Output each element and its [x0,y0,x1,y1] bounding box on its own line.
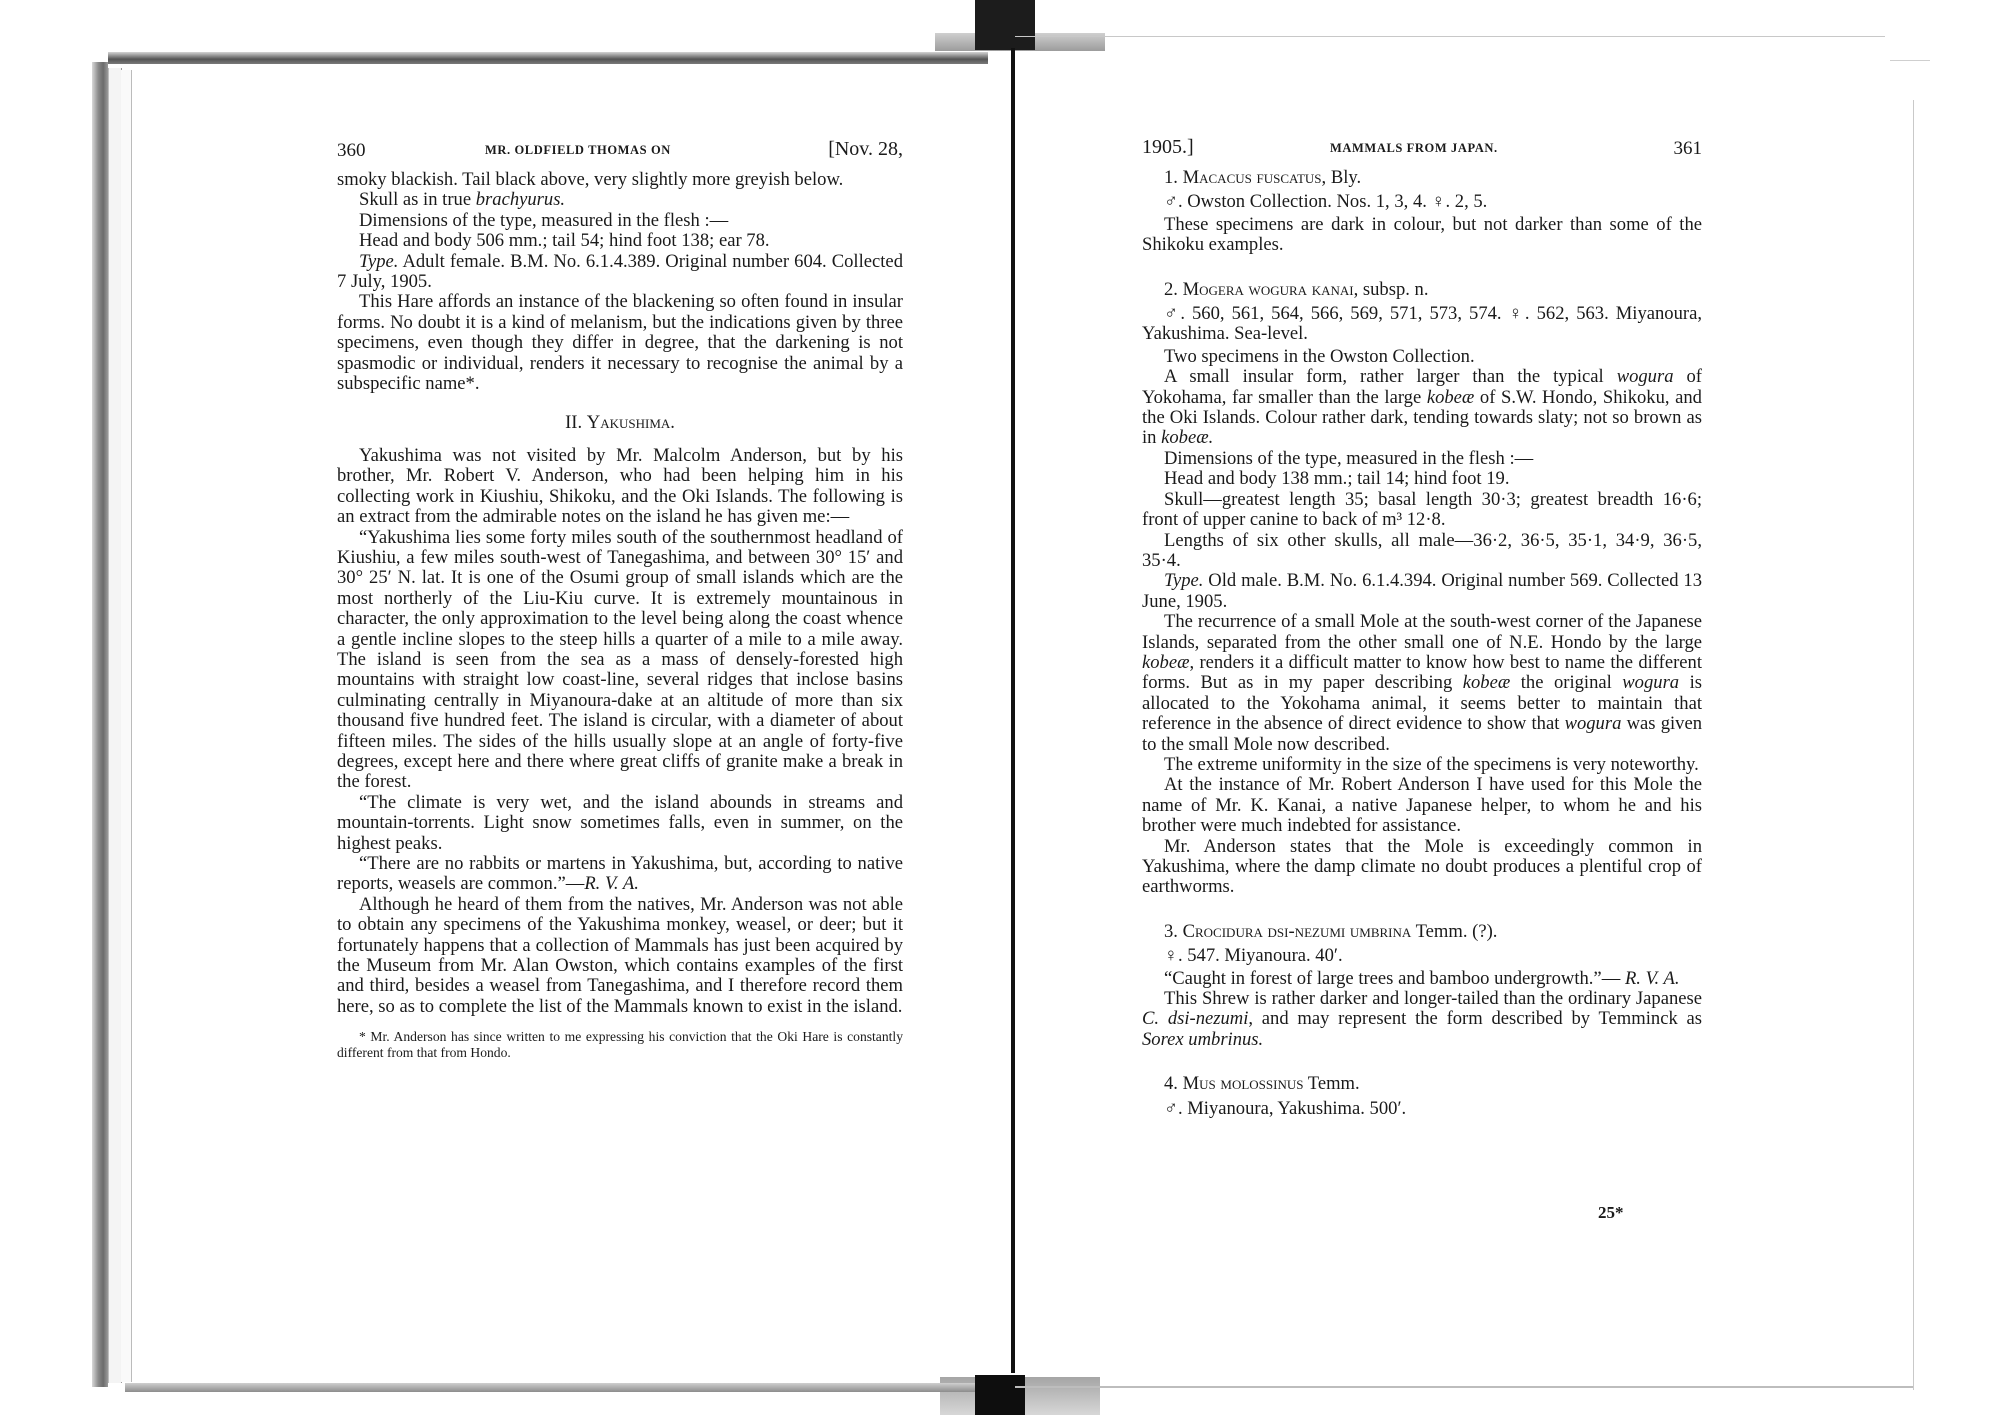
paragraph: Two specimens in the Owston Collection. [1142,347,1702,367]
left-page-stack-edge [108,68,122,1383]
paragraph: Dimensions of the type, measured in the … [337,211,903,231]
specimen-list: ♂. 560, 561, 564, 566, 569, 571, 573, 57… [1142,304,1702,345]
specimen-list: ♂. Owston Collection. Nos. 1, 3, 4. ♀. 2… [1142,192,1702,212]
paragraph: “The climate is very wet, and the island… [337,793,903,854]
paragraph: Skull—greatest length 35; basal length 3… [1142,490,1702,531]
paragraph: Lengths of six other skulls, all male—36… [1142,531,1702,572]
paragraph: Head and body 506 mm.; tail 54; hind foo… [337,231,903,251]
paragraph: smoky blackish. Tail black above, very s… [337,170,903,190]
left-bottom-edge-shadow [125,1383,1005,1392]
paragraphs-section: Yakushima was not visited by Mr. Malcolm… [337,446,903,1017]
book-gutter [1011,48,1015,1373]
species-heading: 4. Mus molossinus Temm. [1142,1074,1702,1094]
right-bottom-edge [1015,1386,1913,1388]
left-page: 360 MR. OLDFIELD THOMAS ON [Nov. 28, smo… [337,140,903,1061]
paragraph: “Yakushima lies some forty miles south o… [337,528,903,793]
paragraph: The extreme uniformity in the size of th… [1142,755,1702,775]
running-head: 360 MR. OLDFIELD THOMAS ON [Nov. 28, [337,140,903,170]
footnote-text: * Mr. Anderson has since written to me e… [337,1029,903,1061]
right-page: 1905.] MAMMALS FROM JAPAN. 361 1. Macacu… [1142,138,1702,1121]
signature-mark: 25* [1598,1203,1624,1223]
paragraph: Head and body 138 mm.; tail 14; hind foo… [1142,469,1702,489]
running-head: 1905.] MAMMALS FROM JAPAN. 361 [1142,138,1702,168]
running-title: MR. OLDFIELD THOMAS ON [485,143,671,158]
spine-bottom [975,1375,1025,1415]
left-page-body: smoky blackish. Tail black above, very s… [337,170,903,1061]
paragraph: This Shrew is rather darker and longer-t… [1142,989,1702,1050]
paragraph: A small insular form, rather larger than… [1142,367,1702,449]
species-heading: 3. Crocidura dsi-nezumi umbrina Temm. (?… [1142,922,1702,942]
paragraph: Although he heard of them from the nativ… [337,895,903,1017]
species-heading: 2. Mogera wogura kanai, subsp. n. [1142,280,1702,300]
paragraph: This Hare affords an instance of the bla… [337,292,903,394]
paragraph: Yakushima was not visited by Mr. Malcolm… [337,446,903,528]
page-number: 361 [1674,138,1703,160]
footnote: * Mr. Anderson has since written to me e… [337,1029,903,1061]
paragraph: Mr. Anderson states that the Mole is exc… [1142,837,1702,898]
paragraph: At the instance of Mr. Robert Anderson I… [1142,775,1702,836]
right-top-edge [1890,60,1930,61]
right-side-edge [1913,100,1914,1390]
paragraph: Skull as in true brachyurus. [337,190,903,210]
specimen-list: ♂. Miyanoura, Yakushima. 500′. [1142,1099,1702,1119]
spine-top [975,0,1035,50]
running-date: 1905.] [1142,136,1194,159]
paragraph: The recurrence of a small Mole at the so… [1142,612,1702,755]
right-page-body: 1. Macacus fuscatus, Bly.♂. Owston Colle… [1142,168,1702,1119]
paragraph: These specimens are dark in colour, but … [1142,215,1702,256]
paragraph: “There are no rabbits or martens in Yaku… [337,854,903,895]
paragraph: Type. Old male. B.M. No. 6.1.4.394. Orig… [1142,571,1702,612]
paragraph: Dimensions of the type, measured in the … [1142,449,1702,469]
right-top-edge [1015,36,1885,37]
species-heading: 1. Macacus fuscatus, Bly. [1142,168,1702,188]
left-top-edge-shadow [108,52,988,64]
left-book-edge [92,62,108,1387]
left-page-stack-edge [121,70,132,1382]
page-number: 360 [337,140,366,162]
paragraph: “Caught in forest of large trees and bam… [1142,969,1702,989]
running-date: [Nov. 28, [828,138,903,161]
section-name: Yakushima. [587,412,675,433]
specimen-list: ♀. 547. Miyanoura. 40′. [1142,946,1702,966]
running-title: MAMMALS FROM JAPAN. [1330,141,1498,156]
section-numeral: II. [565,412,582,433]
paragraphs-top: smoky blackish. Tail black above, very s… [337,170,903,394]
section-heading: II. Yakushima. [337,413,903,433]
paragraph: Type. Adult female. B.M. No. 6.1.4.389. … [337,252,903,293]
